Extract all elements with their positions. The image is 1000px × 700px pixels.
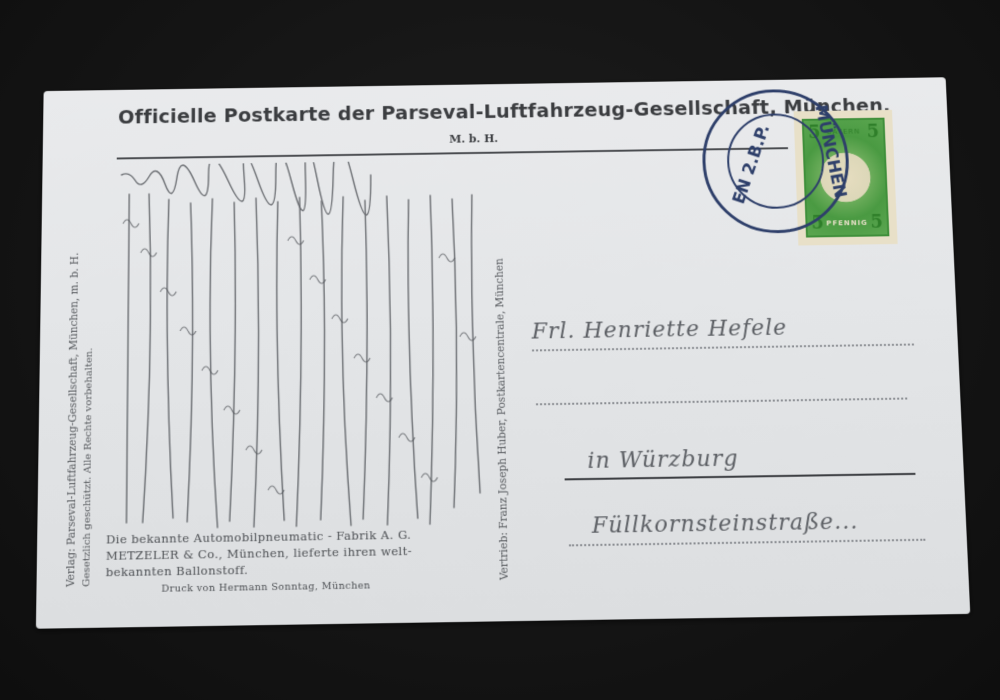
distributor-vertical-text: Vertrieb: Franz Joseph Huber, Postkarten…: [494, 258, 511, 580]
address-line-2: [536, 398, 907, 406]
printer-credit: Druck von Hermann Sonntag, München: [161, 576, 481, 597]
publisher-vertical-text: Verlag: Parseval-Luftfahrzeug-Gesellscha…: [65, 252, 81, 587]
address-line-3: [565, 473, 916, 481]
address-city: in Würzburg: [587, 446, 739, 474]
stamp-denomination: PFENNIG: [807, 219, 887, 228]
address-recipient: Frl. Henriette Hefele: [531, 316, 787, 345]
postcard: Officielle Postkarte der Parseval-Luftfa…: [36, 77, 970, 628]
address-line-1: [532, 344, 914, 352]
copyright-vertical-text: Gesetzlich geschützt. Alle Rechte vorbeh…: [81, 348, 95, 587]
header-rule: [117, 147, 788, 159]
advertisement-block: Die bekannte Automobilpneumatic - Fabrik…: [105, 525, 481, 598]
stamp-value-tr: 5: [866, 122, 879, 142]
company-form-mark: M. b. H.: [449, 132, 498, 145]
address-street: Füllkornsteinstraße...: [592, 509, 859, 539]
address-line-4: [569, 539, 925, 547]
handwritten-message: [108, 160, 493, 544]
